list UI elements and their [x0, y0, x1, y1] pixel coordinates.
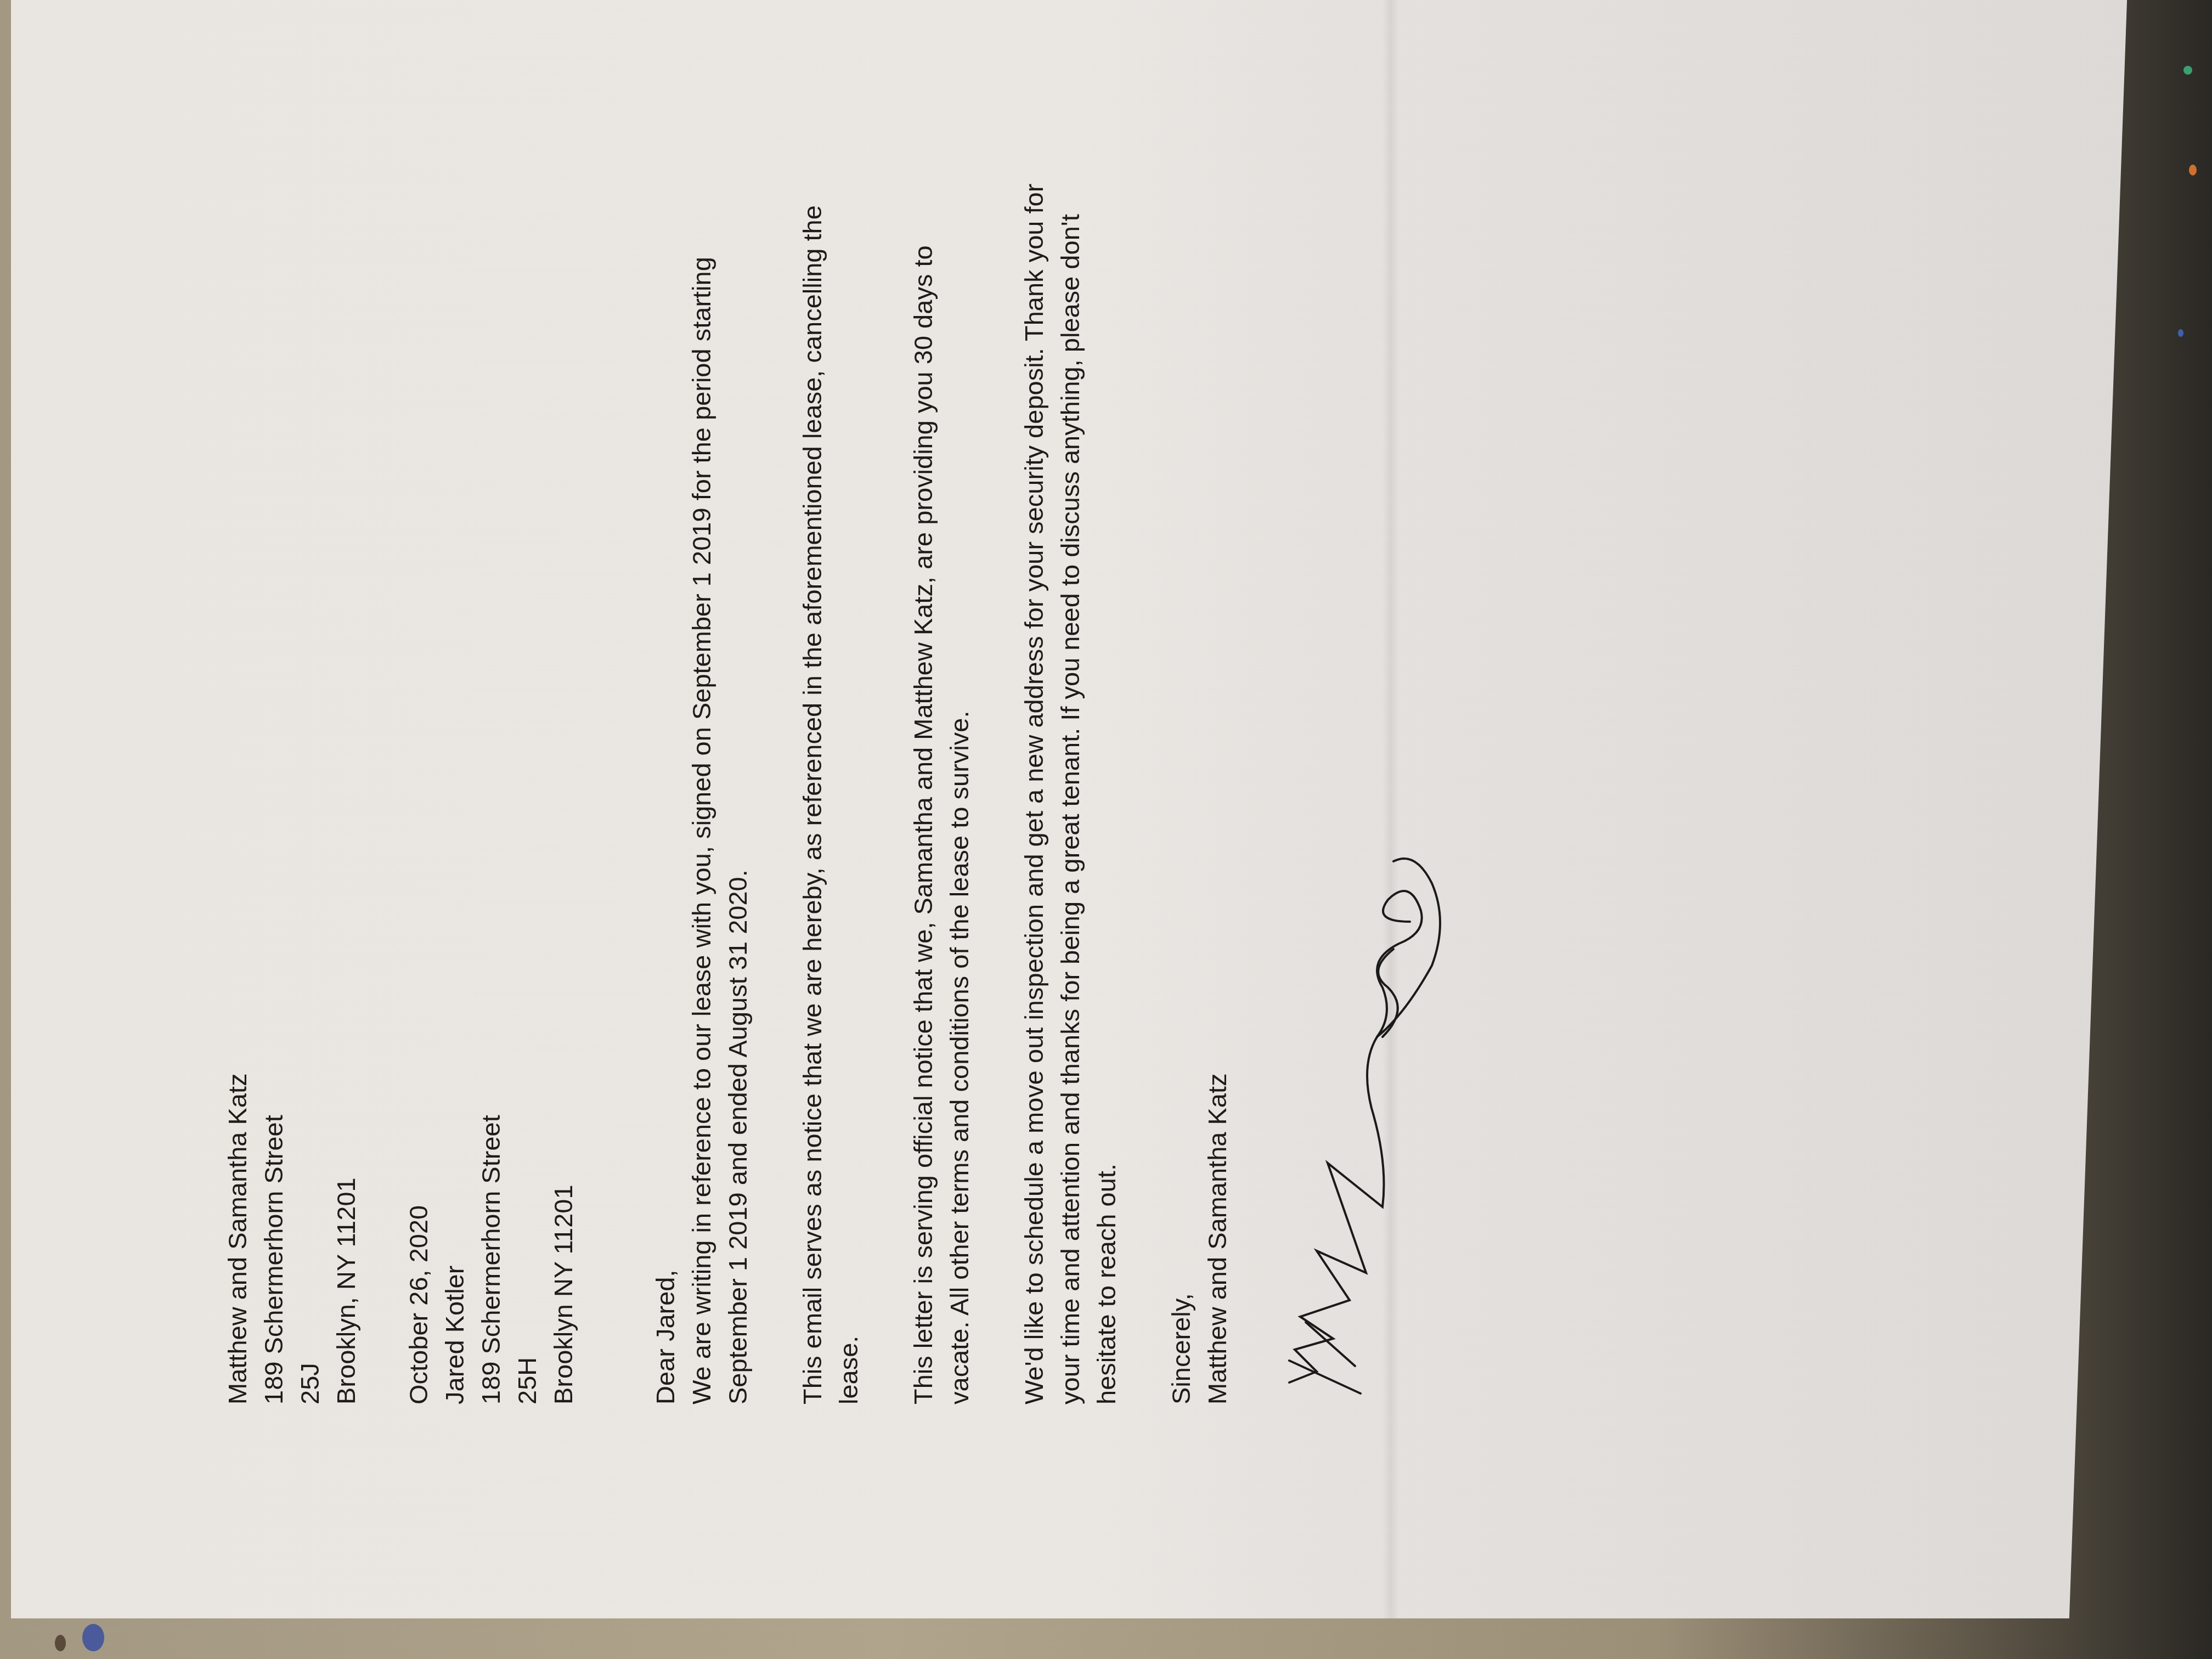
paint-splatter — [2178, 329, 2183, 337]
signatory-name: Matthew and Samantha Katz — [1199, 170, 1235, 1404]
paragraph-cancellation-notice: This email serves as notice that we are … — [794, 170, 867, 1404]
sender-address: Matthew and Samantha Katz 189 Schermerho… — [219, 170, 364, 1404]
recipient-address: October 26, 2020 Jared Kotler 189 Scherm… — [400, 170, 582, 1404]
handwritten-signature-icon — [1284, 779, 1514, 1404]
letter-date: October 26, 2020 — [400, 170, 437, 1404]
recipient-city: Brooklyn NY 11201 — [545, 170, 582, 1404]
sender-unit: 25J — [292, 170, 328, 1404]
paragraph-move-out: We'd like to schedule a move out inspect… — [1016, 170, 1125, 1404]
lease-termination-letter: Matthew and Samantha Katz 189 Schermerho… — [219, 170, 1235, 1404]
paragraph-lease-reference: We are writing in reference to our lease… — [684, 170, 756, 1404]
paint-splatter — [82, 1624, 104, 1651]
recipient-street: 189 Schermerhorn Street — [473, 170, 509, 1404]
paint-splatter — [55, 1635, 66, 1651]
sender-city: Brooklyn, NY 11201 — [328, 170, 364, 1404]
recipient-name: Jared Kotler — [437, 170, 473, 1404]
paint-splatter — [2183, 66, 2192, 75]
paint-splatter — [2189, 165, 2197, 176]
recipient-unit: 25H — [509, 170, 545, 1404]
salutation: Dear Jared, — [647, 170, 684, 1404]
paragraph-vacate-notice: This letter is serving official notice t… — [905, 170, 978, 1404]
sender-street: 189 Schermerhorn Street — [256, 170, 292, 1404]
sender-name: Matthew and Samantha Katz — [219, 170, 256, 1404]
closing: Sincerely, — [1163, 170, 1199, 1404]
